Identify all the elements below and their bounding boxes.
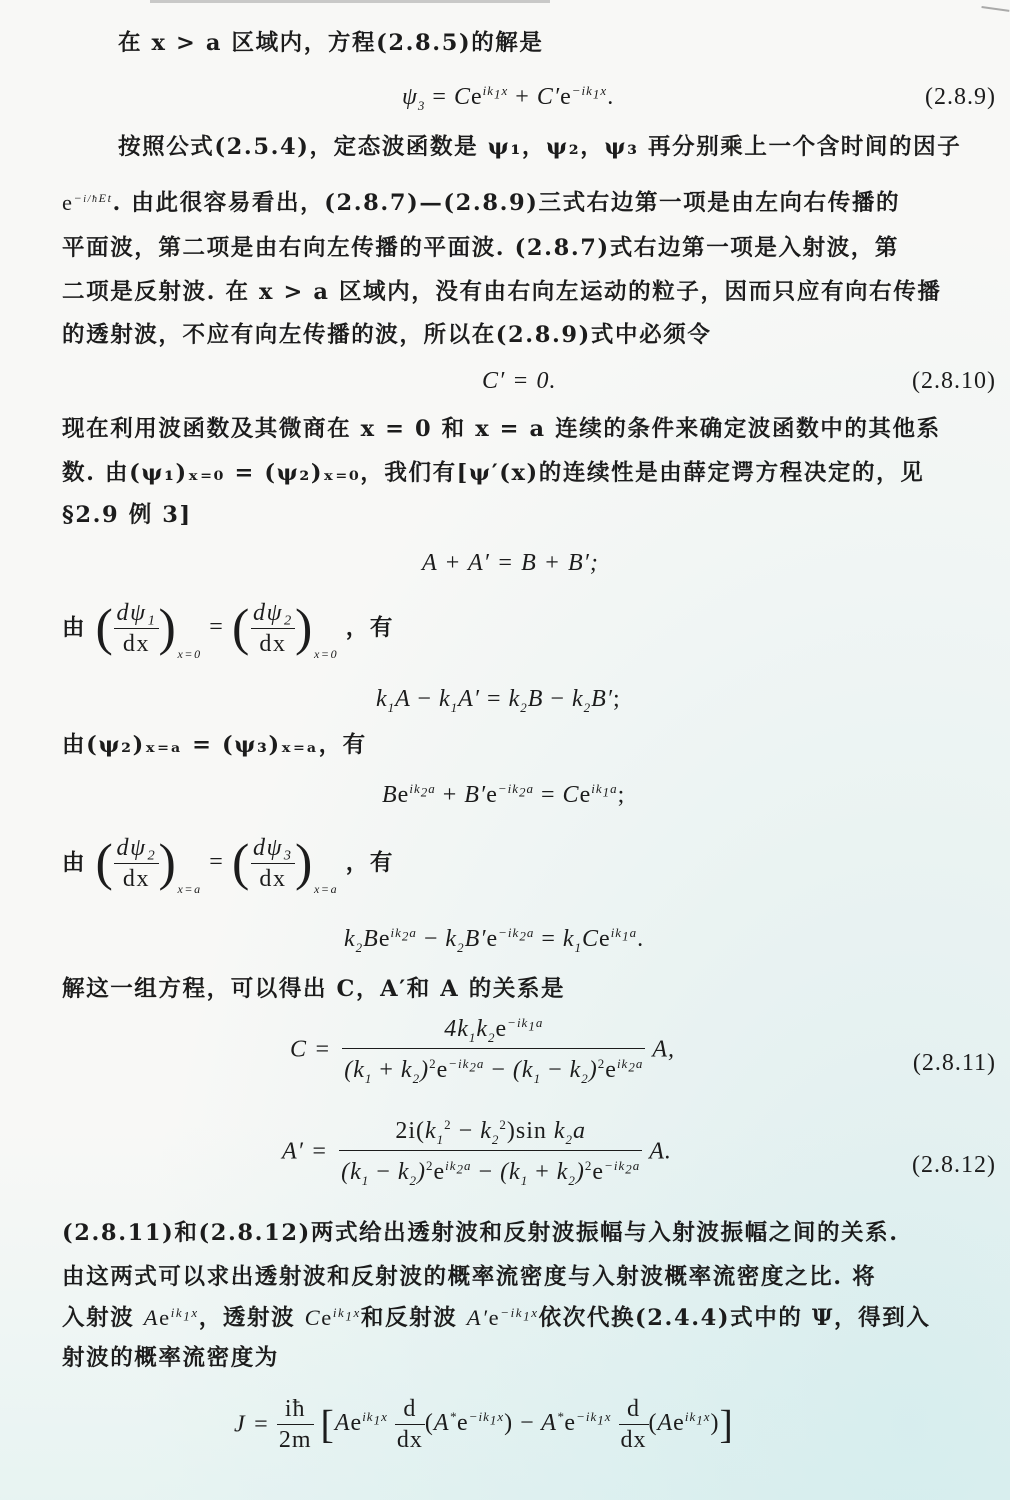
paragraph-line: 按照公式(2.5.4)，定态波函数是 ψ₁，ψ₂，ψ₃ 再分别乘上一个含时间的因…	[118, 132, 1010, 162]
paragraph-line: 平面波，第二项是由右向左传播的平面波. (2.8.7)式右边第一项是入射波，第	[62, 233, 1002, 263]
eval-point: x=0	[314, 647, 338, 661]
equation-number: (2.8.12)	[912, 1150, 996, 1180]
page-edge-shadow	[150, 0, 550, 3]
paragraph-line: 的透射波，不应有向左传播的波，所以在(2.8.9)式中必须令	[62, 320, 1002, 350]
eval-point: x=a	[314, 882, 338, 896]
paragraph-line: 数. 由(ψ₁)ₓ₌₀ = (ψ₂)ₓ₌₀，我们有[ψ′(x)的连续性是由薛定谔…	[62, 458, 1002, 488]
equation-2-8-12: A′ = 2i(k12 − k22)sin k2a (k1 − k2)2eik2…	[282, 1116, 672, 1187]
derivative-condition-line: 由 (dψ₁dx)x=0 = (dψ₂dx)x=0 ，有	[62, 598, 1002, 668]
boundary-condition-1: A + A′ = B + B′;	[422, 548, 599, 578]
paragraph-line: §2.9 例 3]	[62, 500, 1002, 530]
frac-num: dψ₂	[114, 833, 158, 863]
frac-num: dψ₁	[114, 598, 158, 628]
paragraph-text: 入射波	[62, 1305, 144, 1331]
current-density-equation: J = iħ2m [Aeik1x ddx(A*e−ik1x) − A*e−ik1…	[234, 1394, 734, 1455]
paragraph-line: 二项是反射波. 在 x > a 区域内，没有由右向左运动的粒子，因而只应有向右传…	[62, 277, 1002, 307]
paragraph-text: 依次代换(2.4.4)式中的 Ψ，得到入	[539, 1305, 931, 1331]
equation-2-8-11: C = 4k1k2e−ik1a (k1 + k2)2e−ik2a − (k1 −…	[290, 1014, 675, 1085]
boundary-condition-2: k1A − k1A′ = k2B − k2B′;	[376, 684, 621, 714]
equation-number: (2.8.10)	[912, 366, 996, 396]
derivative-condition-line: 由 (dψ₂dx)x=a = (dψ₃dx)x=a ，有	[62, 833, 1002, 903]
paragraph-text: . 由此很容易看出，(2.8.7)—(2.8.9)三式右边第一项是由左向右传播的	[113, 190, 901, 216]
boundary-condition-4: k2Beik2a − k2B′e−ik2a = k1Ceik1a.	[344, 924, 644, 954]
frac-num: dψ₃	[251, 833, 295, 863]
paragraph-line: e−i/ħEt. 由此很容易看出，(2.8.7)—(2.8.9)三式右边第一项是…	[62, 188, 1002, 218]
frac-den: 2m	[277, 1424, 314, 1455]
reflected-wave: A′e−ik1x	[467, 1305, 539, 1330]
text-you: 由	[62, 615, 86, 641]
paragraph-line: 由(ψ₂)ₓ₌ₐ = (ψ₃)ₓ₌ₐ，有	[62, 730, 1002, 760]
equation-number: (2.8.11)	[913, 1048, 996, 1078]
paragraph-line: 现在利用波函数及其微商在 x = 0 和 x = a 连续的条件来确定波函数中的…	[62, 414, 1002, 444]
paragraph-text: 和反射波	[361, 1305, 467, 1331]
frac-den: dx	[251, 863, 295, 894]
paragraph-line: 射波的概率流密度为	[62, 1343, 1002, 1373]
text-you: ，有	[346, 615, 394, 641]
paragraph-line: (2.8.11)和(2.8.12)两式给出透射波和反射波振幅与入射波振幅之间的关…	[62, 1218, 1002, 1248]
equation-number: (2.8.9)	[925, 82, 996, 112]
eq-lhs: A′ =	[282, 1139, 328, 1165]
eval-point: x=a	[177, 882, 201, 896]
frac-den: dx	[114, 628, 158, 659]
eq-tail: A,	[652, 1037, 675, 1063]
transmitted-wave: Ceik1x	[305, 1305, 361, 1330]
text-you: 由	[62, 850, 86, 876]
eq-tail: A.	[649, 1139, 672, 1165]
frac-num: dψ₂	[251, 598, 295, 628]
frac-num: iħ	[277, 1394, 314, 1424]
frac-den: dx	[251, 628, 295, 659]
paragraph-text: ，透射波	[199, 1305, 305, 1331]
paragraph-line: 解这一组方程，可以得出 C，A′和 A 的关系是	[62, 974, 1002, 1004]
eq-lhs: J =	[234, 1412, 270, 1438]
incident-wave: Aeik1x	[144, 1305, 199, 1330]
equation-2-8-10: C′ = 0.	[482, 366, 556, 396]
paragraph-line: 由这两式可以求出透射波和反射波的概率流密度与入射波概率流密度之比. 将	[62, 1262, 1002, 1292]
time-factor: e−i/ħEt	[62, 190, 113, 215]
paragraph-line: 在 x > a 区域内，方程(2.8.5)的解是	[118, 28, 1010, 58]
equation-2-8-9: ψ3 = Ceik1x + C′e−ik1x.	[402, 82, 614, 112]
frac-den: dx	[114, 863, 158, 894]
text-you: ，有	[346, 850, 394, 876]
eval-point: x=0	[177, 647, 201, 661]
paragraph-line: 入射波 Aeik1x，透射波 Ceik1x和反射波 A′e−ik1x依次代换(2…	[62, 1303, 1002, 1333]
boundary-condition-3: Beik2a + B′e−ik2a = Ceik1a;	[382, 780, 625, 810]
eq-lhs: C =	[290, 1037, 331, 1063]
